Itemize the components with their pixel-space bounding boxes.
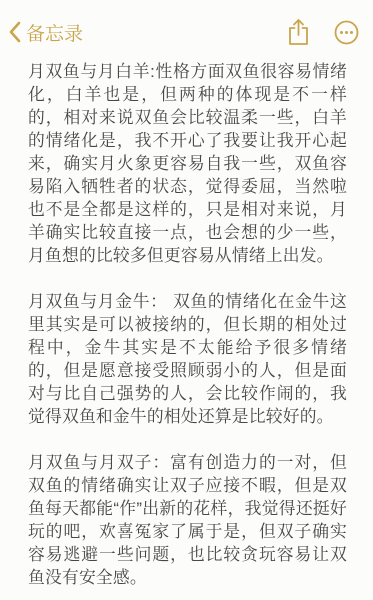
back-label: 备忘录 bbox=[26, 19, 83, 46]
note-paragraph-pisces-aries: 月双鱼与月白羊:性格方面双鱼很容易情绪化，白羊也是，但两种的体现是不一样的，相对… bbox=[28, 60, 347, 267]
navigation-bar: 备忘录 bbox=[0, 0, 373, 54]
share-icon bbox=[287, 18, 310, 46]
more-button[interactable] bbox=[334, 20, 359, 45]
more-circle-icon bbox=[334, 20, 359, 45]
nav-actions bbox=[287, 18, 359, 46]
notes-app-screen: 备忘录 bbox=[0, 0, 373, 600]
chevron-left-icon bbox=[8, 21, 21, 43]
note-paragraph-pisces-gemini: 月双鱼与月双子：富有创造力的一对，但双鱼的情绪确实让双子应接不暇，但是双鱼每天都… bbox=[28, 451, 347, 589]
share-button[interactable] bbox=[287, 18, 310, 46]
note-body[interactable]: 月双鱼与月白羊:性格方面双鱼很容易情绪化，白羊也是，但两种的体现是不一样的，相对… bbox=[0, 54, 373, 589]
note-paragraph-pisces-taurus: 月双鱼与月金牛： 双鱼的情绪化在金牛这里其实是可以被接纳的，但长期的相处过程中，… bbox=[28, 290, 347, 428]
back-button[interactable]: 备忘录 bbox=[8, 19, 83, 46]
